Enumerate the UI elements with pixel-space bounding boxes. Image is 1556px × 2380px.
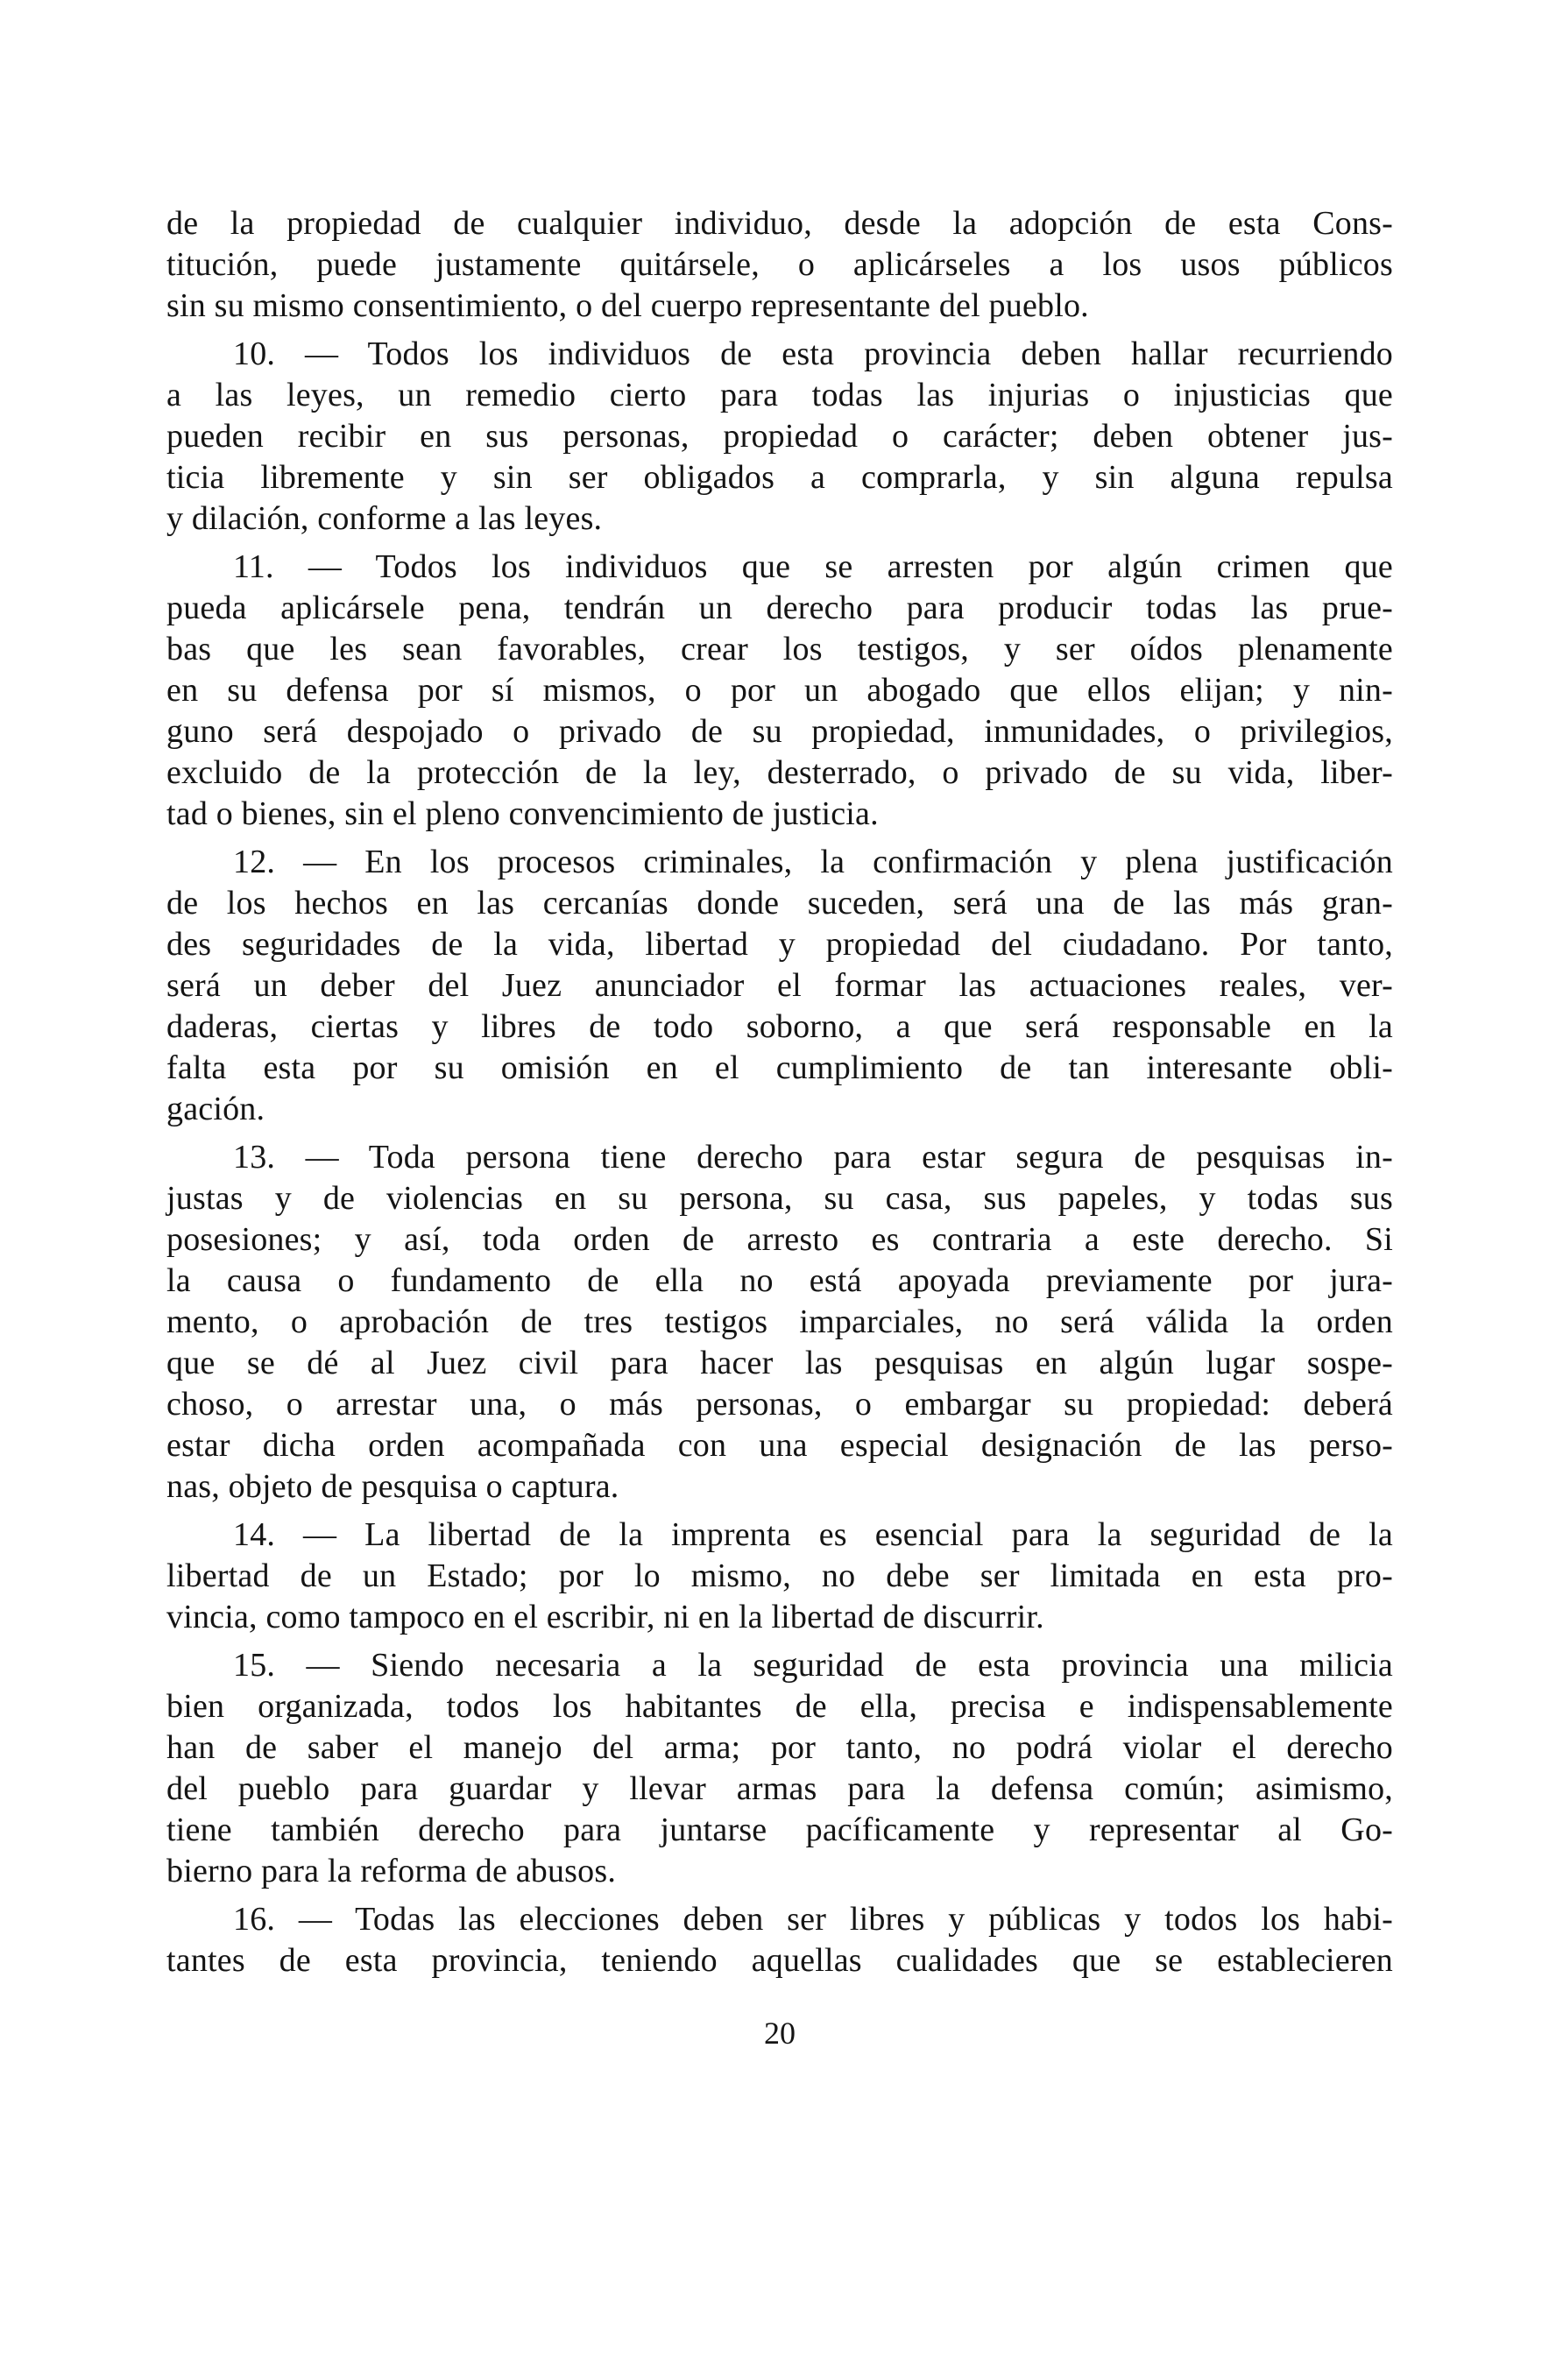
paragraph: de la propiedad de cualquier individuo, … bbox=[166, 203, 1393, 327]
text-line: 11. — Todos los individuos que se arrest… bbox=[166, 547, 1393, 588]
text-line: bierno para la reforma de abusos. bbox=[166, 1851, 1393, 1892]
text-line: excluido de la protección de la ley, des… bbox=[166, 752, 1393, 794]
text-line: ticia libremente y sin ser obligados a c… bbox=[166, 457, 1393, 498]
text-line: tantes de esta provincia, teniendo aquel… bbox=[166, 1940, 1393, 1981]
text-line: guno será despojado o privado de su prop… bbox=[166, 711, 1393, 752]
text-line: vincia, como tampoco en el escribir, ni … bbox=[166, 1597, 1393, 1638]
page-number: 20 bbox=[166, 2013, 1393, 2054]
text-line: 16. — Todas las elecciones deben ser lib… bbox=[166, 1899, 1393, 1940]
text-line: nas, objeto de pesquisa o captura. bbox=[166, 1466, 1393, 1508]
text-line: tad o bienes, sin el pleno convencimient… bbox=[166, 794, 1393, 835]
text-line: a las leyes, un remedio cierto para toda… bbox=[166, 375, 1393, 416]
text-line: libertad de un Estado; por lo mismo, no … bbox=[166, 1556, 1393, 1597]
text-line: titución, puede justamente quitársele, o… bbox=[166, 244, 1393, 286]
text-line: de los hechos en las cercanías donde suc… bbox=[166, 883, 1393, 924]
text-line: posesiones; y así, toda orden de arresto… bbox=[166, 1219, 1393, 1261]
scanned-book-page: de la propiedad de cualquier individuo, … bbox=[0, 0, 1556, 2380]
text-line: bien organizada, todos los habitantes de… bbox=[166, 1686, 1393, 1727]
text-line: tiene también derecho para juntarse pací… bbox=[166, 1810, 1393, 1851]
text-line: mento, o aprobación de tres testigos imp… bbox=[166, 1302, 1393, 1343]
text-line: 13. — Toda persona tiene derecho para es… bbox=[166, 1137, 1393, 1178]
text-line: 12. — En los procesos criminales, la con… bbox=[166, 842, 1393, 883]
text-line: será un deber del Juez anunciador el for… bbox=[166, 965, 1393, 1006]
text-line: pueda aplicársele pena, tendrán un derec… bbox=[166, 588, 1393, 629]
text-line: justas y de violencias en su persona, su… bbox=[166, 1178, 1393, 1219]
text-line: han de saber el manejo del arma; por tan… bbox=[166, 1727, 1393, 1769]
text-line: 10. — Todos los individuos de esta provi… bbox=[166, 334, 1393, 375]
text-line: gación. bbox=[166, 1089, 1393, 1130]
text-line: que se dé al Juez civil para hacer las p… bbox=[166, 1343, 1393, 1384]
paragraph: 14. — La libertad de la imprenta es esen… bbox=[166, 1515, 1393, 1638]
text-line: en su defensa por sí mismos, o por un ab… bbox=[166, 670, 1393, 711]
paragraph: 15. — Siendo necesaria a la seguridad de… bbox=[166, 1645, 1393, 1892]
text-line: pueden recibir en sus personas, propieda… bbox=[166, 416, 1393, 457]
text-line: y dilación, conforme a las leyes. bbox=[166, 498, 1393, 540]
text-line: 14. — La libertad de la imprenta es esen… bbox=[166, 1515, 1393, 1556]
text-line: del pueblo para guardar y llevar armas p… bbox=[166, 1769, 1393, 1810]
text-line: estar dicha orden acompañada con una esp… bbox=[166, 1425, 1393, 1466]
paragraph: 11. — Todos los individuos que se arrest… bbox=[166, 547, 1393, 835]
text-line: sin su mismo consentimiento, o del cuerp… bbox=[166, 286, 1393, 327]
text-line: choso, o arrestar una, o más personas, o… bbox=[166, 1384, 1393, 1425]
text-line: daderas, ciertas y libres de todo soborn… bbox=[166, 1006, 1393, 1048]
paragraph: 12. — En los procesos criminales, la con… bbox=[166, 842, 1393, 1130]
text-line: de la propiedad de cualquier individuo, … bbox=[166, 203, 1393, 244]
text-line: des seguridades de la vida, libertad y p… bbox=[166, 924, 1393, 965]
paragraph: 10. — Todos los individuos de esta provi… bbox=[166, 334, 1393, 540]
text-line: bas que les sean favorables, crear los t… bbox=[166, 629, 1393, 670]
text-line: la causa o fundamento de ella no está ap… bbox=[166, 1261, 1393, 1302]
text-line: falta esta por su omisión en el cumplimi… bbox=[166, 1048, 1393, 1089]
text-block: de la propiedad de cualquier individuo, … bbox=[166, 203, 1393, 1981]
text-line: 15. — Siendo necesaria a la seguridad de… bbox=[166, 1645, 1393, 1686]
paragraph: 16. — Todas las elecciones deben ser lib… bbox=[166, 1899, 1393, 1981]
paragraph: 13. — Toda persona tiene derecho para es… bbox=[166, 1137, 1393, 1508]
